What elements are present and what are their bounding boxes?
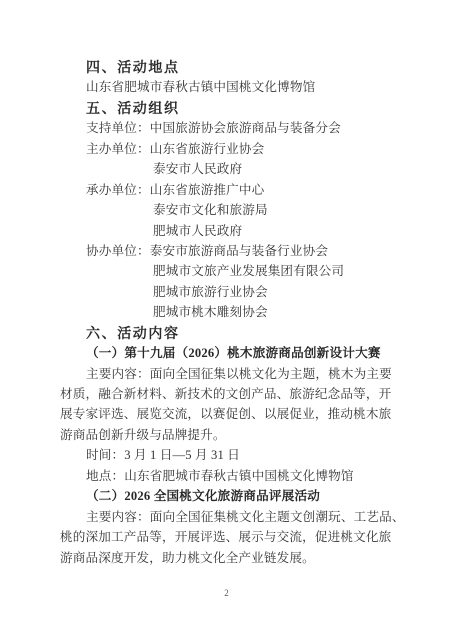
text-line-body: 展专家评选、展览交流，以赛促创、以展促业，推动桃木旅 xyxy=(60,404,398,424)
text-line-body: 主办单位：山东省旅游行业协会 xyxy=(60,139,398,159)
page-number: 2 xyxy=(0,588,453,598)
text-line-heading: 六、活动内容 xyxy=(60,323,398,343)
text-line-subheading: （一）第十九届（2026）桃木旅游商品创新设计大赛 xyxy=(60,343,398,363)
text-line-heading: 四、活动地点 xyxy=(60,57,398,77)
text-line-body: 肥城市人民政府 xyxy=(60,221,398,241)
text-line-body: 山东省肥城市春秋古镇中国桃文化博物馆 xyxy=(60,77,398,97)
text-line-body: 桃的深加工产品等，开展评选、展示与交流，促进桃文化旅 xyxy=(60,527,398,547)
text-line-body: 地点：山东省肥城市春秋古镇中国桃文化博物馆 xyxy=(60,466,398,486)
text-line-body: 主要内容：面向全国征集以桃文化为主题，桃木为主要 xyxy=(60,364,398,384)
text-line-subheading: （二）2026 全国桃文化旅游商品评展活动 xyxy=(60,486,398,506)
text-line-body: 泰安市文化和旅游局 xyxy=(60,200,398,220)
document-page: 四、活动地点山东省肥城市春秋古镇中国桃文化博物馆五、活动组织支持单位：中国旅游协… xyxy=(0,0,453,640)
text-line-body: 肥城市文旅产业发展集团有限公司 xyxy=(60,261,398,281)
text-line-body: 支持单位：中国旅游协会旅游商品与装备分会 xyxy=(60,118,398,138)
text-line-body: 肥城市旅游行业协会 xyxy=(60,282,398,302)
text-line-body: 材质，融合新材料、新技术的文创产品、旅游纪念品等，开 xyxy=(60,384,398,404)
text-line-body: 肥城市桃木雕刻协会 xyxy=(60,302,398,322)
text-line-body: 游商品创新升级与品牌提升。 xyxy=(60,425,398,445)
text-line-body: 协办单位：泰安市旅游商品与装备行业协会 xyxy=(60,241,398,261)
text-line-body: 承办单位：山东省旅游推广中心 xyxy=(60,180,398,200)
text-line-body: 时间：3 月 1 日—5 月 31 日 xyxy=(60,445,398,465)
text-line-body: 主要内容：面向全国征集桃文化主题文创潮玩、工艺品、 xyxy=(60,507,398,527)
text-line-heading: 五、活动组织 xyxy=(60,98,398,118)
text-line-body: 游商品深度开发，助力桃文化全产业链发展。 xyxy=(60,548,398,568)
document-body: 四、活动地点山东省肥城市春秋古镇中国桃文化博物馆五、活动组织支持单位：中国旅游协… xyxy=(60,57,398,568)
text-line-body: 泰安市人民政府 xyxy=(60,159,398,179)
